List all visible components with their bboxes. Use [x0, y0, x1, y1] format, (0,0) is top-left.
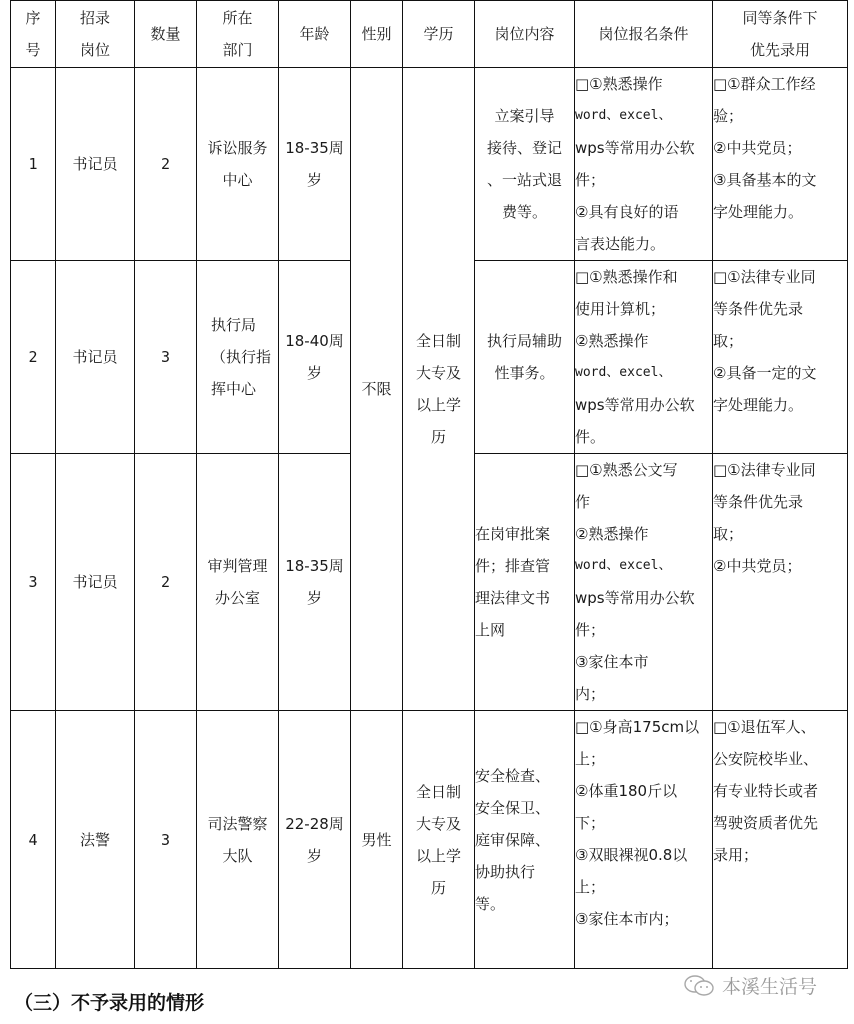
- cell-conditions: □①熟悉公文写作②熟悉操作word、excel、wps等常用办公软件；③家住本市…: [575, 454, 713, 711]
- cell-dept: 执行局（执行指挥中心: [197, 261, 279, 454]
- header-post: 招录岗位: [56, 1, 135, 68]
- cell-priority: □①法律专业同等条件优先录取；②中共党员；: [713, 454, 848, 711]
- section-title: （三）不予录用的情形: [14, 988, 204, 1015]
- cell-count: 2: [135, 454, 197, 711]
- header-gender: 性别: [351, 1, 403, 68]
- cell-post: 书记员: [56, 454, 135, 711]
- header-content: 岗位内容: [475, 1, 575, 68]
- cell-post: 书记员: [56, 261, 135, 454]
- header-priority: 同等条件下优先录用: [713, 1, 848, 68]
- header-edu: 学历: [403, 1, 475, 68]
- cell-post: 书记员: [56, 68, 135, 261]
- cell-conditions: □①熟悉操作word、excel、wps等常用办公软件；②具有良好的语言表达能力…: [575, 68, 713, 261]
- header-row: 序号 招录岗位 数量 所在部门 年龄 性别 学历 岗位内容 岗位报名条件 同等条…: [11, 1, 848, 68]
- cell-count: 3: [135, 261, 197, 454]
- cell-dept: 审判管理办公室: [197, 454, 279, 711]
- table-row: 1 书记员 2 诉讼服务中心 18-35周岁 不限 全日制大专及以上学历 立案引…: [11, 68, 848, 261]
- cell-conditions: □①身高175cm以上；②体重180斤以下；③双眼裸视0.8以上；③家住本市内；: [575, 711, 713, 969]
- cell-content: 执行局辅助性事务。: [475, 261, 575, 454]
- cell-content: 安全检查、安全保卫、庭审保障、协助执行等。: [475, 711, 575, 969]
- cell-conditions: □①熟悉操作和使用计算机；②熟悉操作word、excel、wps等常用办公软件。: [575, 261, 713, 454]
- header-count: 数量: [135, 1, 197, 68]
- cell-post: 法警: [56, 711, 135, 969]
- cell-gender: 男性: [351, 711, 403, 969]
- cell-age: 18-40周岁: [279, 261, 351, 454]
- cell-content: 在岗审批案件；排查管理法律文书上网: [475, 454, 575, 711]
- cell-content: 立案引导接待、登记、一站式退费等。: [475, 68, 575, 261]
- cell-dept: 司法警察大队: [197, 711, 279, 969]
- cell-dept: 诉讼服务中心: [197, 68, 279, 261]
- cell-edu: 全日制大专及以上学历: [403, 711, 475, 969]
- header-seq: 序号: [11, 1, 56, 68]
- cell-priority: □①退伍军人、公安院校毕业、有专业特长或者驾驶资质者优先录用；: [713, 711, 848, 969]
- table-row: 4 法警 3 司法警察大队 22-28周岁 男性 全日制大专及以上学历 安全检查…: [11, 711, 848, 969]
- cell-priority: □①法律专业同等条件优先录取；②具备一定的文字处理能力。: [713, 261, 848, 454]
- cell-edu-merged: 全日制大专及以上学历: [403, 68, 475, 711]
- cell-age: 18-35周岁: [279, 454, 351, 711]
- cell-count: 3: [135, 711, 197, 969]
- watermark-text: 本溪生活号: [722, 972, 817, 999]
- watermark: 本溪生活号: [682, 972, 817, 999]
- cell-seq: 2: [11, 261, 56, 454]
- cell-age: 22-28周岁: [279, 711, 351, 969]
- cell-seq: 4: [11, 711, 56, 969]
- cell-gender-merged: 不限: [351, 68, 403, 711]
- cell-priority: □①群众工作经验；②中共党员；③具备基本的文字处理能力。: [713, 68, 848, 261]
- wechat-icon: [682, 973, 716, 999]
- cell-count: 2: [135, 68, 197, 261]
- cell-seq: 1: [11, 68, 56, 261]
- recruitment-table: 序号 招录岗位 数量 所在部门 年龄 性别 学历 岗位内容 岗位报名条件 同等条…: [10, 0, 848, 969]
- header-age: 年龄: [279, 1, 351, 68]
- cell-seq: 3: [11, 454, 56, 711]
- header-conditions: 岗位报名条件: [575, 1, 713, 68]
- cell-age: 18-35周岁: [279, 68, 351, 261]
- header-dept: 所在部门: [197, 1, 279, 68]
